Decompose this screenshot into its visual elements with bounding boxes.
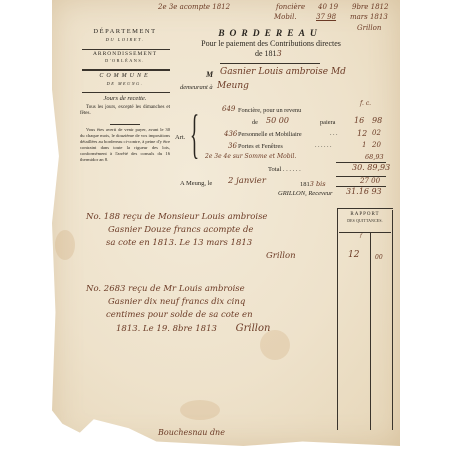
amount-centimes: 98 (372, 116, 382, 125)
rapport-mid-border (370, 232, 371, 430)
year-hand: 3 bis (310, 180, 326, 188)
rapport-right-border (392, 210, 393, 430)
year-line: de 1813 (255, 49, 282, 58)
commune-value: DE MEUNG. (80, 81, 170, 86)
rapport-entry-centimes: 00 (375, 254, 383, 261)
divider (220, 63, 320, 64)
top-annotation-date1: 9bre 1812 (352, 3, 388, 11)
date-handwritten: 2 janvier (228, 176, 266, 186)
article-number: 436 (224, 130, 237, 138)
arrondissement-label: ARRONDISSEMENT (80, 51, 170, 57)
receipt-1: No. 188 reçu de Monsieur Louis ambroise … (86, 211, 336, 263)
amount-francs: 16 (354, 116, 364, 125)
article-suffix: paiera (320, 119, 335, 126)
title-bordereau: BORDEREAU (200, 29, 340, 39)
rapport-header-border (339, 232, 391, 233)
commune-block: COMMUNE DE MEUNG. (80, 73, 170, 86)
article-label: Personnelle et Mobiliaire (238, 131, 302, 138)
jours-title: Jours de recette. (80, 95, 170, 102)
receipt-line: 1813. Le 19. 8bre 1813 Grillon (86, 322, 336, 336)
year-label: de 181 (255, 49, 277, 58)
rapport-title-2: DES QUITTANCES. (337, 219, 393, 223)
year-print: 1813 bis (300, 180, 326, 188)
residence-label: demeurant à (180, 84, 213, 91)
rapport-title: RAPPORT DES QUITTANCES. (337, 212, 393, 223)
receipt-line: Gasnier dix neuf francs dix cinq (86, 296, 336, 309)
article-label: Portes et Fenêtres (238, 143, 283, 150)
divider (110, 124, 140, 125)
rapport-left-border (337, 208, 338, 430)
amount-centimes: 20 (372, 141, 381, 149)
departement-value: DU LOIRET. (80, 37, 170, 42)
divider (82, 49, 170, 50)
receipt-line: No. 2683 reçu de Mr Louis ambroise (86, 283, 336, 296)
amount-francs: 12 (357, 129, 367, 138)
receipt-line: centimes pour solde de sa cote en (86, 309, 336, 322)
rapport-entry-francs: 12 (348, 250, 359, 260)
article-label: de (252, 119, 258, 126)
dot-leader: . . . . . . (315, 143, 332, 149)
left-column: DÉPARTEMENT DU LOIRET. (80, 28, 170, 42)
receipt-signature: Grillon (236, 323, 271, 334)
departement-label: DÉPARTEMENT (80, 28, 170, 35)
article-label: Foncière, pour un revenu (238, 107, 301, 114)
receipt-line: No. 188 reçu de Monsieur Louis ambroise (86, 211, 336, 224)
receipt-signature: Grillon (86, 250, 336, 263)
total-label: Total . . . . . . (268, 166, 301, 173)
receipt-2: No. 2683 reçu de Mr Louis ambroise Gasni… (86, 283, 336, 336)
top-annotation-date2: mars 1813 (350, 13, 388, 21)
commune-label: COMMUNE (80, 73, 170, 79)
divider (82, 92, 170, 93)
top-annotation-amount1: 40 19 (318, 3, 338, 11)
paper-stain (180, 400, 220, 420)
receipt-date: 1813. Le 19. 8bre 1813 (116, 324, 217, 334)
taxpayer-prefix: M (206, 70, 213, 79)
article-number: 649 (222, 105, 235, 113)
top-annotation-mobil: Mobil. (274, 13, 297, 21)
receipt-line: sa cote en 1813. Le 13 mars 1813 (86, 237, 336, 250)
amount-francs: 1 (362, 141, 366, 149)
paper-stain (55, 230, 75, 260)
top-annotation-line1: 2e 3e acompte 1812 (158, 3, 230, 11)
amount-centimes: 02 (372, 129, 381, 137)
rapport-col-f: f (360, 233, 362, 239)
rapport-title-1: RAPPORT (337, 212, 393, 217)
top-annotation-amount2: 37 98 (316, 13, 336, 21)
receipt-line: Gasnier Douze francs acompte de (86, 224, 336, 237)
top-annotation-fonciere: foncière (276, 3, 305, 11)
taxpayer-name: Gasnier Louis ambroise Md (220, 67, 346, 77)
bottom-signature: Bouchesnau dne (158, 428, 225, 437)
amount-centimes: 68,93 (365, 153, 384, 161)
article-number: 36 (228, 142, 237, 150)
arrondissement-value: D'ORLÉANS. (80, 58, 170, 63)
year-print-text: 181 (300, 181, 310, 188)
top-annotation-signature: Grillon (357, 24, 381, 32)
divider (82, 69, 170, 71)
arrondissement-block: ARRONDISSEMENT D'ORLÉANS. (80, 51, 170, 63)
total-value: 30. 89,93 (352, 163, 390, 172)
subtitle: Pour le paiement des Contributions direc… (176, 39, 366, 48)
total-label-text: Total (268, 166, 281, 173)
collector-value: 31.16 93 (346, 187, 382, 196)
extra-article-label: 2e 3e 4e sur Somme et Mobil. (205, 153, 296, 160)
notice-text: Vous êtes averti de venir payer, avant l… (80, 127, 170, 163)
place-prefix: A Meung, le (180, 180, 212, 187)
jours-text: Tous les jours, excepté les dimanches et… (80, 105, 170, 117)
art-label: Art. (175, 134, 185, 141)
residence-value: Meung (217, 81, 249, 91)
art-brace: { (190, 107, 199, 161)
revenue-value: 50 00 (266, 116, 289, 125)
rapport-top-border (337, 208, 393, 209)
year-digit: 3 (277, 49, 282, 58)
dot-leader: . . . (330, 131, 338, 137)
collector-name: GRILLON, Receveur (278, 190, 333, 197)
columns-marks: f. c. (360, 100, 371, 107)
signature-line-value: 27 00 (360, 177, 380, 185)
